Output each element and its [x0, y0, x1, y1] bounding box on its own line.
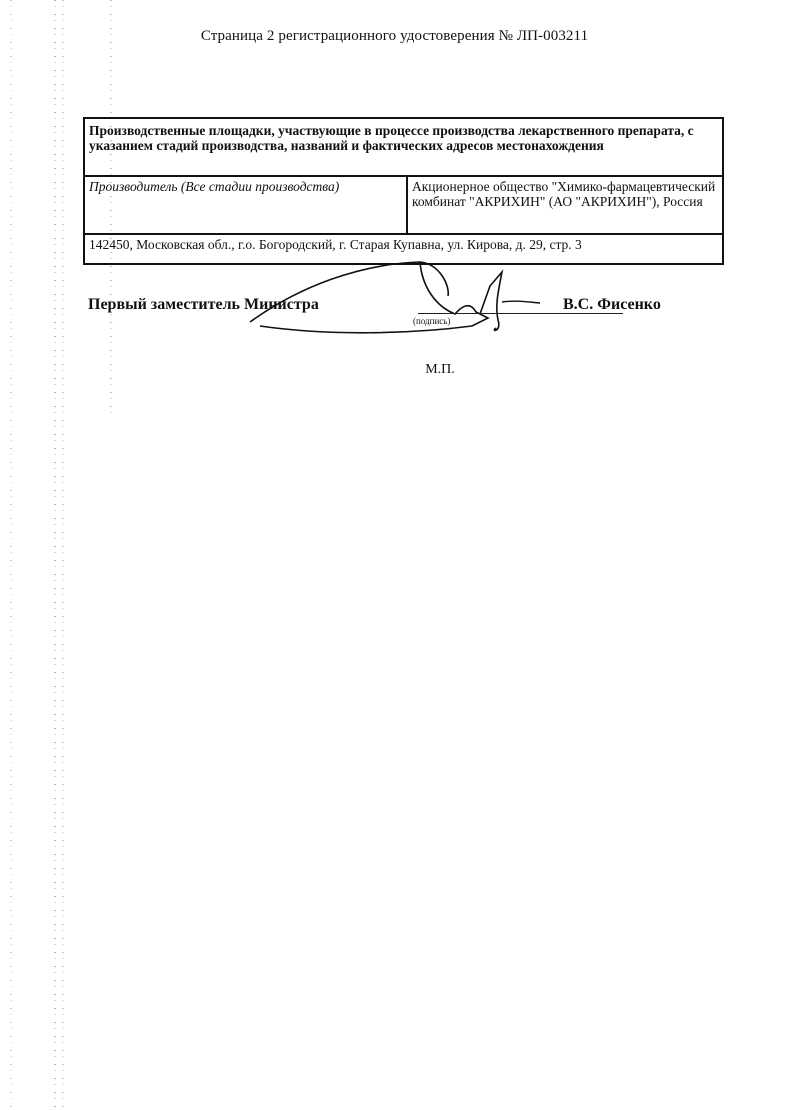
scan-noise	[62, 0, 64, 1110]
scan-noise	[10, 0, 12, 1110]
scan-noise	[54, 0, 56, 1110]
producer-organization: Акционерное общество "Химико-фармацевтич…	[407, 176, 723, 234]
signature-caption: (подпись)	[413, 316, 450, 326]
table-row: Производитель (Все стадии производства) …	[84, 176, 723, 234]
signature-block: Первый заместитель Министра (подпись) В.…	[88, 296, 688, 326]
production-sites-table: Производственные площадки, участвующие в…	[83, 117, 724, 265]
stamp-place: М.П.	[0, 362, 789, 378]
table-header: Производственные площадки, участвующие в…	[84, 118, 723, 176]
page-header: Страница 2 регистрационного удостоверени…	[0, 28, 789, 45]
producer-role: Производитель (Все стадии производства)	[84, 176, 407, 234]
signatory-title: Первый заместитель Министра	[88, 296, 319, 314]
signatory-name: В.С. Фисенко	[563, 296, 661, 314]
